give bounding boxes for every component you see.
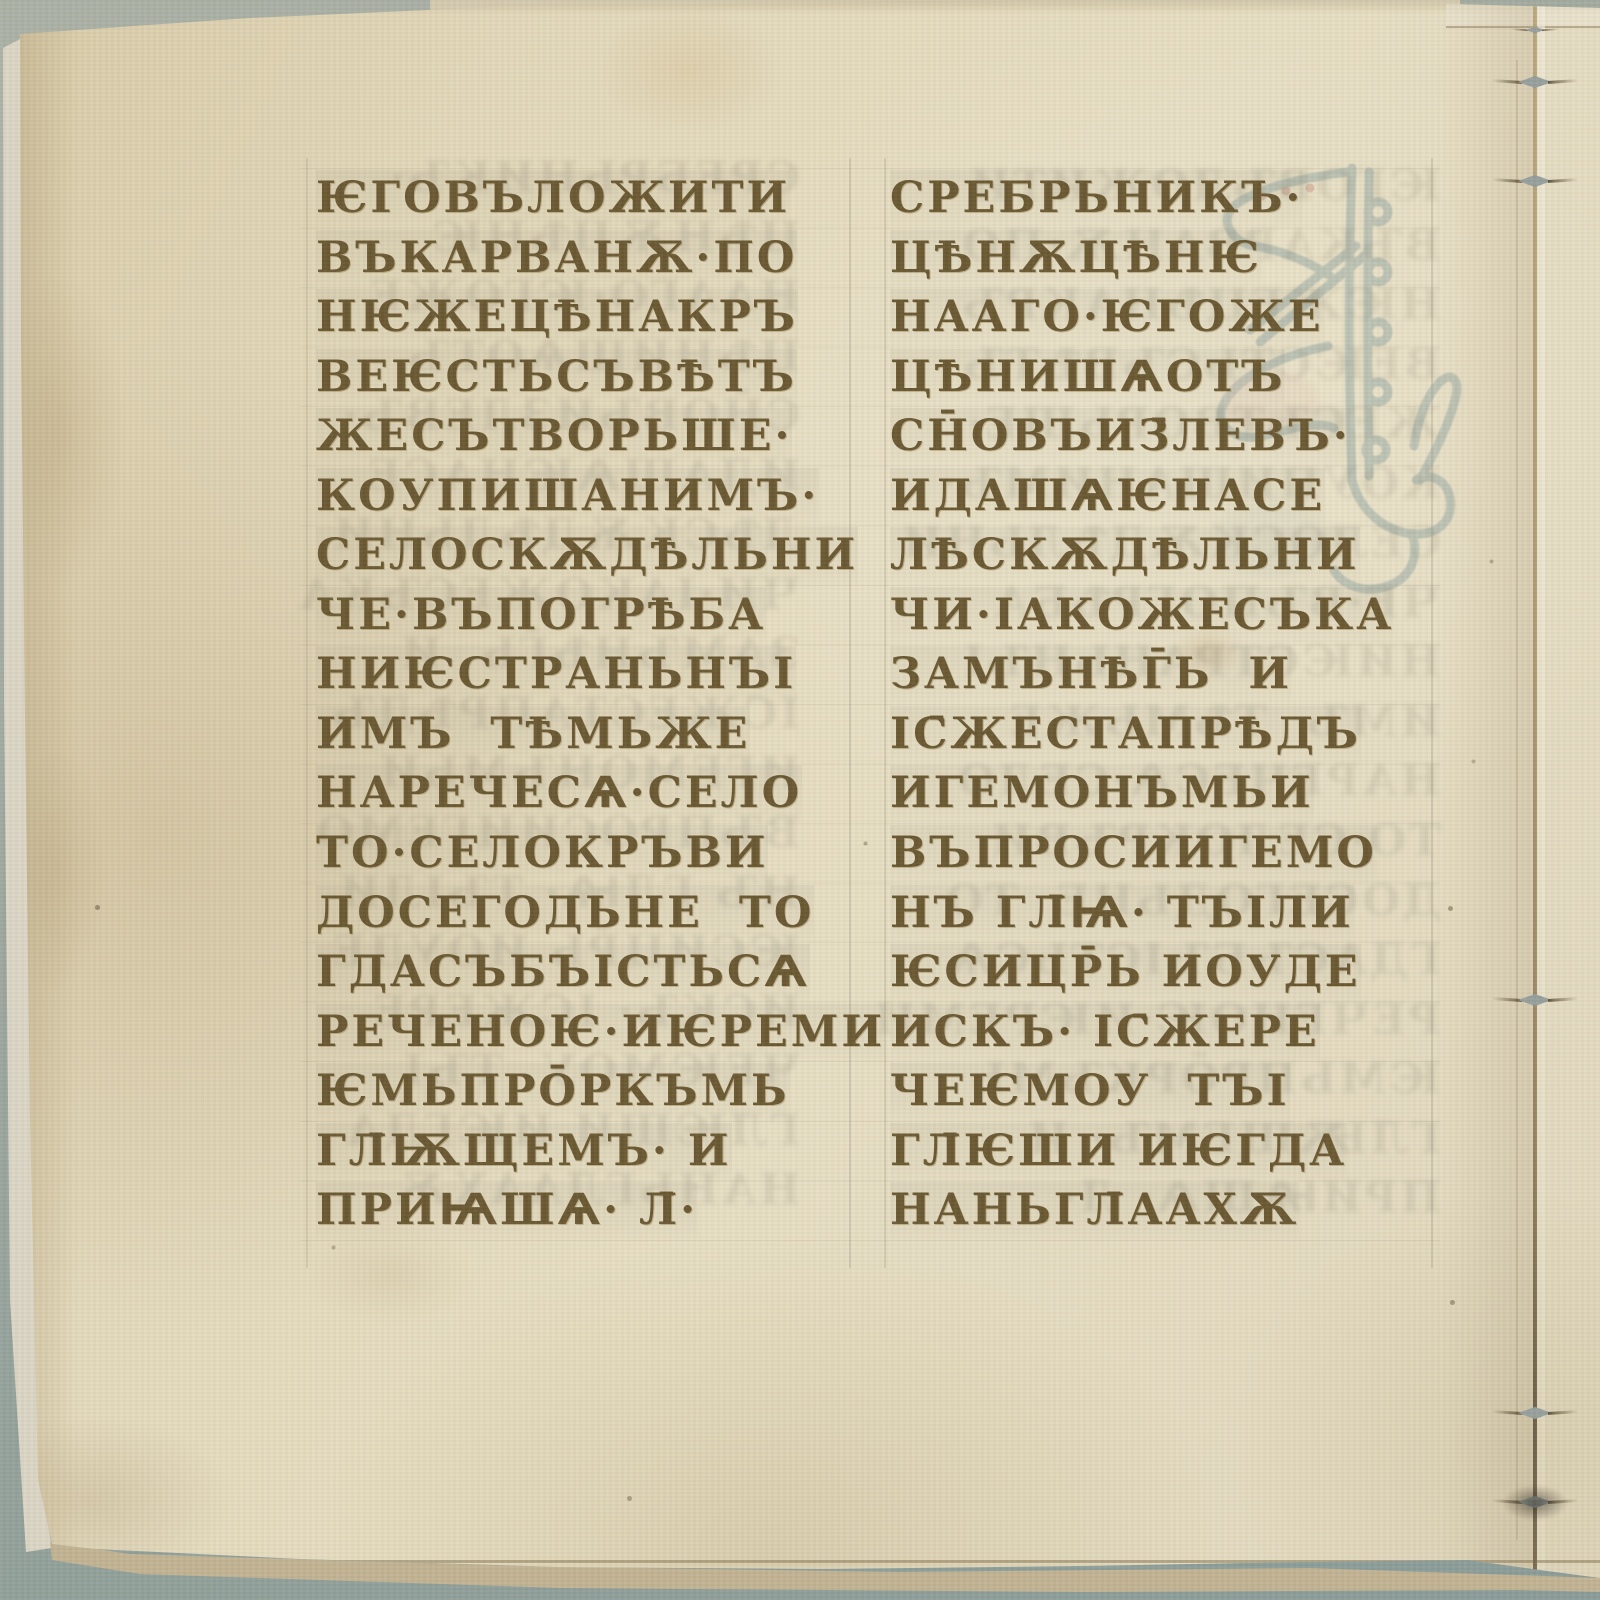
- text-line: СН̄ОВЪИЗ̄ЛЕВЪ·: [890, 408, 1351, 468]
- text-line: ѤМЬПРО̄РКЪМЬ: [316, 1063, 790, 1123]
- text-line: ѤСИЦР̄Ь ИОУДЕ: [890, 944, 1361, 1004]
- text-line: ВЪПРОСИИГЕМО: [890, 825, 1377, 885]
- text-line: ИСКЪ· ІС̄ЖЕРЕ: [890, 1004, 1320, 1064]
- fold-highlight: [1538, 4, 1545, 1570]
- text-line: НѤЖЕЦѢНАКРЪ: [316, 289, 798, 349]
- text-line: ГЛ̄ѬЩЕМЪ· И: [316, 1123, 732, 1183]
- left-text-column: ѤГОВЪЛОЖИТИВЪКАРВАНѪ·ПОНѤЖЕЦѢНАКРЪВЕѤСТЬ…: [316, 170, 885, 1242]
- secondary-fold-crease: [1516, 60, 1518, 1540]
- text-line: ТО·СЕЛОКРЪВИ: [316, 825, 768, 885]
- text-line: ВЕѤСТЬСЪВѢТЪ: [316, 349, 797, 409]
- text-line: КОУПИШАНИМЪ·: [316, 468, 819, 528]
- text-line: ИМЪ ТѢМЬЖЕ: [316, 706, 750, 766]
- text-line: ИГЕМОНЪМЬИ: [890, 765, 1314, 825]
- text-line: ЖЕСЪТВОРЬШЕ·: [316, 408, 792, 468]
- parchment-specks: [0, 0, 3, 3]
- text-line: ГДАСЪБЪІСТЬСѦ: [316, 944, 810, 1004]
- text-line: ЧИ·ІАКОЖЕСЪКА: [890, 587, 1394, 647]
- text-line: ПРИѨШѦ· Л̄·: [316, 1182, 698, 1242]
- text-line: ВЪКАРВАНѪ·ПО: [316, 230, 797, 290]
- text-line: СРЕБРЬНИКЪ·: [890, 170, 1303, 230]
- text-line: ГЛ̄ѤШИ ИѤГДА: [890, 1123, 1347, 1183]
- text-line: ИДАШѦѤНАСЕ: [890, 468, 1325, 528]
- text-line: ЛѢСКѪДѢЛЬНИ: [890, 527, 1360, 587]
- text-line: ЦѢНѪЦѢНѤ: [890, 230, 1262, 290]
- text-line: ЗАМЪНѢГ̄Ь И: [890, 646, 1292, 706]
- manuscript-page: СРЕБРЬНИКЪ·ЦѢНѪЦѢНѤНААГО·ѤГОЖЕЦѢНИШѦОТЪС…: [0, 0, 1600, 1600]
- text-line: ЧЕ·ВЪПОГРѢБА: [316, 587, 766, 647]
- text-line: ІС̄ЖЕСТАПРѢДЪ: [890, 706, 1361, 766]
- text-line: НААГО·ѤГОЖЕ: [890, 289, 1324, 349]
- gutter-shading: [1440, 0, 1535, 1570]
- binding-fold-crease: [1533, 4, 1537, 1570]
- text-line: СЕЛОСКѪДѢЛЬНИ: [316, 527, 858, 587]
- text-line: ДОСЕГОДЬНЕ ТО: [316, 885, 814, 945]
- photo-backdrop-mat: СРЕБРЬНИКЪ·ЦѢНѪЦѢНѤНААГО·ѤГОЖЕЦѢНИШѦОТЪС…: [0, 0, 1600, 1600]
- text-line: НАРЕЧЕСѦ·СЕЛО: [316, 765, 802, 825]
- text-line: ЦѢНИШѦОТЪ: [890, 349, 1285, 409]
- text-line: НИѤСТРАНЬНЪІ: [316, 646, 796, 706]
- right-text-column: СРЕБРЬНИКЪ·ЦѢНѪЦѢНѤНААГО·ѤГОЖЕЦѢНИШѦОТЪС…: [890, 170, 1394, 1242]
- text-line: РЕЧЕНОѤ·ИѤРЕМИ: [316, 1004, 885, 1064]
- text-line: НАНЬГЛ̄ААХѪ: [890, 1182, 1299, 1242]
- text-line: НЪ ГЛ̄Ѩ· ТЪІЛИ: [890, 885, 1354, 945]
- text-line: ЧЕѤМОУ ТЪІ: [890, 1063, 1290, 1123]
- text-line: ѤГОВЪЛОЖИТИ: [316, 170, 790, 230]
